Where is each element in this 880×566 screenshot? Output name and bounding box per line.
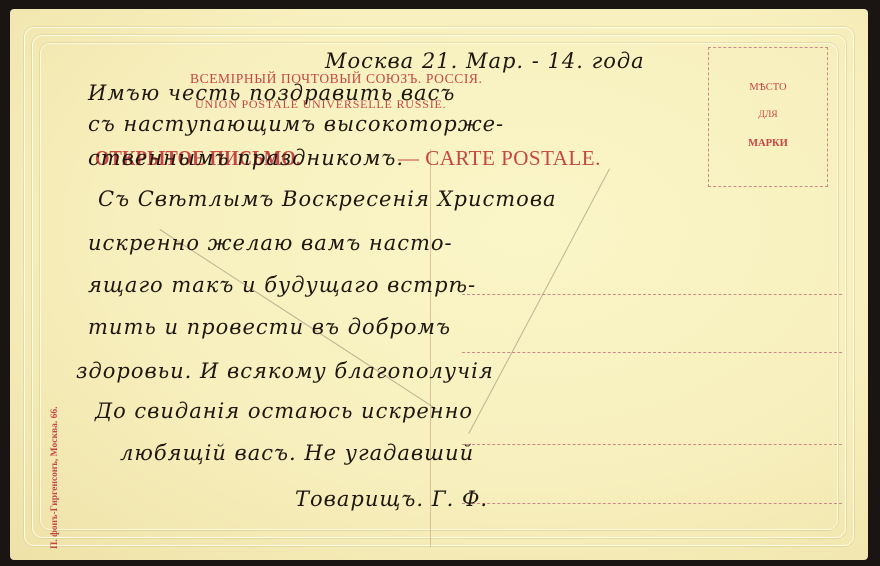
handwritten-line: тить и провести въ добромъ [88, 315, 451, 339]
address-line [462, 503, 842, 504]
handwritten-line: Москва 21. Мар. - 14. года [325, 49, 645, 73]
handwritten-line: ящаго такъ и будущаго встрѣ- [88, 273, 476, 297]
handwritten-line: здоровьи. И всякому благополучія [76, 359, 494, 383]
stamp-box-line-3: МАРКИ [709, 138, 827, 149]
address-line [462, 294, 842, 295]
address-line [462, 352, 842, 353]
stamp-box: МѢСТО ДЛЯ МАРКИ [708, 47, 828, 187]
stamp-box-line-1: МѢСТО [709, 82, 827, 93]
address-line [462, 444, 842, 445]
handwritten-line: До свиданія остаюсь искренно [95, 399, 473, 423]
handwritten-line: Имъю честь поздравить васъ [88, 81, 455, 105]
handwritten-line: искренно желаю вамъ насто- [88, 231, 453, 255]
handwritten-line: ственнымъ праздникомъ. [88, 146, 404, 170]
handwritten-line: съ наступающимъ высокоторже- [88, 112, 504, 136]
stamp-box-line-2: ДЛЯ [709, 110, 827, 120]
handwritten-line: Съ Свѣтлымъ Воскресенія Христова [98, 187, 557, 211]
printed-title-fr: — CARTE POSTALE. [398, 146, 601, 171]
handwritten-line: любящій васъ. Не угадавший [120, 441, 474, 465]
publisher-imprint: П. фонъ-Гиргенсонъ, Москва. 66. [50, 407, 60, 549]
postcard: ВСЕМІРНЫЙ ПОЧТОВЫЙ СОЮЗЪ. РОССІЯ. UNION … [10, 9, 868, 560]
handwritten-signature: Товарищъ. Г. Ф. [295, 487, 488, 511]
